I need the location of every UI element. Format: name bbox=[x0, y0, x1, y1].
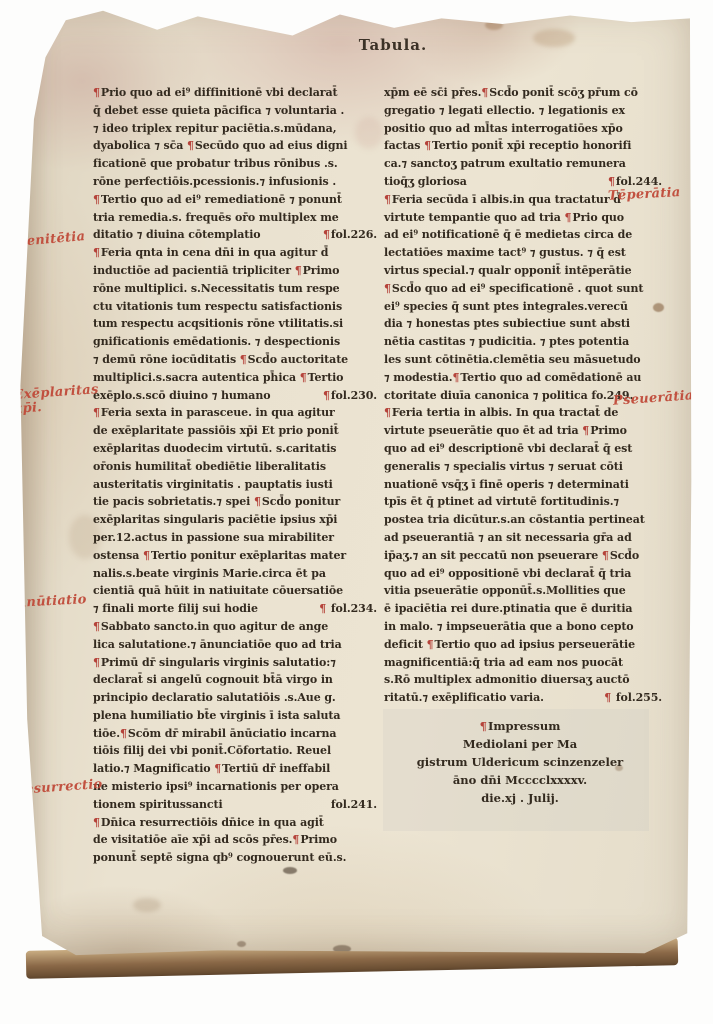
text-line: ponunt̄ septē signa qb⁹ cognouerunt eū.s… bbox=[93, 849, 377, 867]
page-header: Tabula. bbox=[333, 36, 453, 54]
text-line: de visitatiōe aīe xp̄i ad scōs pr̄es.¶Pr… bbox=[93, 831, 377, 849]
text-line: die.xj . Julij. bbox=[390, 789, 650, 807]
text-line: ¶Prio quo ad ei⁹ diffinitionē vbi declar… bbox=[93, 84, 377, 102]
text-line: magnificentiā:q̄ tria ad eam nos puocāt bbox=[384, 654, 662, 672]
text-line: virtute tempantie quo ad tria ¶Prio quo bbox=[384, 209, 662, 227]
text-line: ficationē que probatur tribus rōnibus .s… bbox=[93, 155, 377, 173]
text-line: per.12.actus in passione sua mirabiliter bbox=[93, 529, 377, 547]
text-line: exēplaritas singularis paciētie ipsius x… bbox=[93, 511, 377, 529]
text-line: Mediolani per Ma bbox=[390, 735, 650, 753]
margin-annotation-perseverantia: Pseuerātia bbox=[613, 389, 695, 409]
text-line: tiōe.¶Scōm dr̄ mirabil ānūciatio incarna bbox=[93, 725, 377, 743]
text-line: ¶Impressum bbox=[390, 717, 650, 735]
text-line: dyabolica ⁊ sc̄a ¶Secūdo quo ad eius dig… bbox=[93, 137, 377, 155]
text-line: ostensa ¶Tertio ponitur exēplaritas mate… bbox=[93, 547, 377, 565]
text-line: vitia pseuerātie opponūt̄.s.Mollities qu… bbox=[384, 582, 662, 600]
text-line: generalis ⁊ specialis virtus ⁊ seruat cō… bbox=[384, 458, 662, 476]
text-line: ditatio ⁊ diuina cōtemplatio¶fol.226. bbox=[93, 226, 377, 244]
text-line: ¶Dn̄ica resurrectiōis dn̄ice in qua agit… bbox=[93, 814, 377, 832]
margin-annotation-penitentia: Penitētia bbox=[17, 230, 86, 250]
text-line: āno dn̄i Mcccclxxxxv. bbox=[390, 771, 650, 789]
text-line: nētia castitas ⁊ pudicitia. ⁊ ptes poten… bbox=[384, 333, 662, 351]
text-line: de exēplaritate passiōis xp̄i Et prio po… bbox=[93, 422, 377, 440]
text-line: exēplaritas duodecim virtutū. s.caritati… bbox=[93, 440, 377, 458]
text-line: tie pacis sobrietatis.⁊ spei ¶Scd̄o poni… bbox=[93, 493, 377, 511]
text-line: ¶Feria qnta in cena dn̄i in qua agitur d… bbox=[93, 244, 377, 262]
text-line: ⁊ modestia.¶Tertio quo ad comēdationē au bbox=[384, 369, 662, 387]
text-line: s.Rō multiplex admonitio diuersaʒ auctō bbox=[384, 671, 662, 689]
text-line: gnificationis emēdationis. ⁊ despectioni… bbox=[93, 333, 377, 351]
text-line: principio declaratio salutatiōis .s.Aue … bbox=[93, 689, 377, 707]
margin-annotation-exemplaritas: Exēplaritas xp̄i. bbox=[13, 383, 101, 417]
stain bbox=[533, 29, 575, 47]
text-line: ⁊ finali morte filij sui hodie¶ fol.234. bbox=[93, 600, 377, 618]
text-line: ⁊ demū rōne iocūditatis ¶Scd̄o auctorita… bbox=[93, 351, 377, 369]
text-line: virtute pseuerātie quo ēt ad tria ¶Primo bbox=[384, 422, 662, 440]
text-line: nuationē vsq̄ʒ ī finē operis ⁊ determina… bbox=[384, 476, 662, 494]
text-line: quo ad ei⁹ descriptionē vbi declarat̄ q̄… bbox=[384, 440, 662, 458]
text-line: positio quo ad ml̄tas interrogatiōes xp̄… bbox=[384, 120, 662, 138]
text-line: plena humiliatio bt̄e virginis ī ista sa… bbox=[93, 707, 377, 725]
text-line: ¶Tertio quo ad ei⁹ remediationē ⁊ ponunt… bbox=[93, 191, 377, 209]
text-column-left: ¶Prio quo ad ei⁹ diffinitionē vbi declar… bbox=[93, 84, 377, 867]
text-line: multiplici.s.sacra autentica ph̄ica ¶Ter… bbox=[93, 369, 377, 387]
text-line: tria remedia.s. frequēs or̄o multiplex m… bbox=[93, 209, 377, 227]
text-line: ip̄aʒ.⁊ an sit peccatū non pseuerare ¶Sc… bbox=[384, 547, 662, 565]
margin-annotation-temperantia: Tēperātia bbox=[608, 186, 681, 204]
text-line: virtus special.⁊ qualr opponit̄ intēperā… bbox=[384, 262, 662, 280]
text-line: factas ¶Tertio ponit̄ xp̄i receptio hono… bbox=[384, 137, 662, 155]
text-line: deficit ¶Tertio quo ad ipsius perseuerāt… bbox=[384, 636, 662, 654]
stain bbox=[133, 898, 161, 912]
text-line: ca.⁊ sanctoʒ patrum exultatio remunera bbox=[384, 155, 662, 173]
text-line: rōne perfectiōis.pcessionis.⁊ infusionis… bbox=[93, 173, 377, 191]
text-line: lica salutatione.⁊ ānunciatiōe quo ad tr… bbox=[93, 636, 377, 654]
text-line: gregatio ⁊ legati ellectio. ⁊ legationis… bbox=[384, 102, 662, 120]
text-line: ¶Primū dr̄ singularis virginis salutatio… bbox=[93, 654, 377, 672]
margin-annotation-anunciatio: Anūtiatio bbox=[16, 593, 87, 611]
text-line: lectatiōes maxime tact⁹ ⁊ gustus. ⁊ q̄ e… bbox=[384, 244, 662, 262]
text-line: rōne multiplici. s.Necessitatis tum resp… bbox=[93, 280, 377, 298]
text-line: austeritatis virginitatis . pauptatis iu… bbox=[93, 476, 377, 494]
text-line: tum respectu acqsitionis rōne vtilitatis… bbox=[93, 315, 377, 333]
photo-background: Tabula. ¶Prio quo ad ei⁹ diffinitionē vb… bbox=[0, 0, 713, 1024]
text-line: ¶Sabbato sancto.in quo agitur de ange bbox=[93, 618, 377, 636]
stain bbox=[485, 20, 503, 30]
text-line: latio.⁊ Magnificatio ¶Tertiū dr̄ ineffab… bbox=[93, 760, 377, 778]
text-line: ad pseuerantiā ⁊ an sit necessaria gr̄a … bbox=[384, 529, 662, 547]
text-line: tionem spiritussanctifol.241. bbox=[93, 796, 377, 814]
text-line: ē ipaciētia rei dure.ptinatia que ē duri… bbox=[384, 600, 662, 618]
text-line: dia ⁊ honestas ptes subiectiue sunt abst… bbox=[384, 315, 662, 333]
stain bbox=[237, 941, 246, 947]
text-line: les sunt cōtinētia.clemētia seu māsuetud… bbox=[384, 351, 662, 369]
book-page: Tabula. ¶Prio quo ad ei⁹ diffinitionē vb… bbox=[15, 5, 692, 957]
text-line: tpīs ēt q̄ ptinet ad virtutē fortitudini… bbox=[384, 493, 662, 511]
text-line: in malo. ⁊ impseuerātia que a bono cepto bbox=[384, 618, 662, 636]
text-line: nalis.s.beate virginis Marie.circa ēt pa bbox=[93, 565, 377, 583]
text-line: tiōis filij dei vbi ponit̄.Cōfortatio. R… bbox=[93, 742, 377, 760]
stain bbox=[283, 867, 297, 874]
text-line: inductiōe ad pacientiā tripliciter ¶Prim… bbox=[93, 262, 377, 280]
text-line: ne misterio ipsi⁹ incarnationis per oper… bbox=[93, 778, 377, 796]
text-line: ctu vitationis tum respectu satisfaction… bbox=[93, 298, 377, 316]
text-line: postea tria dicūtur.s.an cōstantia perti… bbox=[384, 511, 662, 529]
text-line: ⁊ ideo triplex repitur paciētia.s.mūdana… bbox=[93, 120, 377, 138]
text-line: ¶Scd̄o quo ad ei⁹ specificationē . quot … bbox=[384, 280, 662, 298]
text-line: exēplo.s.scō diuino ⁊ humano¶fol.230. bbox=[93, 387, 377, 405]
colophon: ¶ImpressumMediolani per Magistrum Ulderi… bbox=[390, 717, 650, 807]
text-line: ei⁹ species q̄ sunt ptes integrales.vere… bbox=[384, 298, 662, 316]
text-line: ritatū.⁊ exēplificatio varia.¶ fol.255. bbox=[384, 689, 662, 707]
text-line: ¶Feria sexta in parasceue. in qua agitur bbox=[93, 404, 377, 422]
text-line: gistrum Uldericum scinzenzeler bbox=[390, 753, 650, 771]
text-line: q̄ debet esse quieta pācifica ⁊ voluntar… bbox=[93, 102, 377, 120]
text-line: cientiā quā hūit in natiuitate cōuersati… bbox=[93, 582, 377, 600]
text-line: quo ad ei⁹ oppositionē vbi declarat̄ q̄ … bbox=[384, 565, 662, 583]
text-line: or̄onis humilitat̄ obediētie liberalitat… bbox=[93, 458, 377, 476]
margin-annotation-resurrectio: Resurrectio bbox=[14, 778, 103, 798]
text-line: declarat̄ si angelū cognouit bt̄ā virgo … bbox=[93, 671, 377, 689]
text-line: xp̄m eē sc̄i pr̄es.¶Scd̄o ponit̄ scōʒ pr… bbox=[384, 84, 662, 102]
text-line: ad ei⁹ notificationē q̄ ē medietas circa… bbox=[384, 226, 662, 244]
